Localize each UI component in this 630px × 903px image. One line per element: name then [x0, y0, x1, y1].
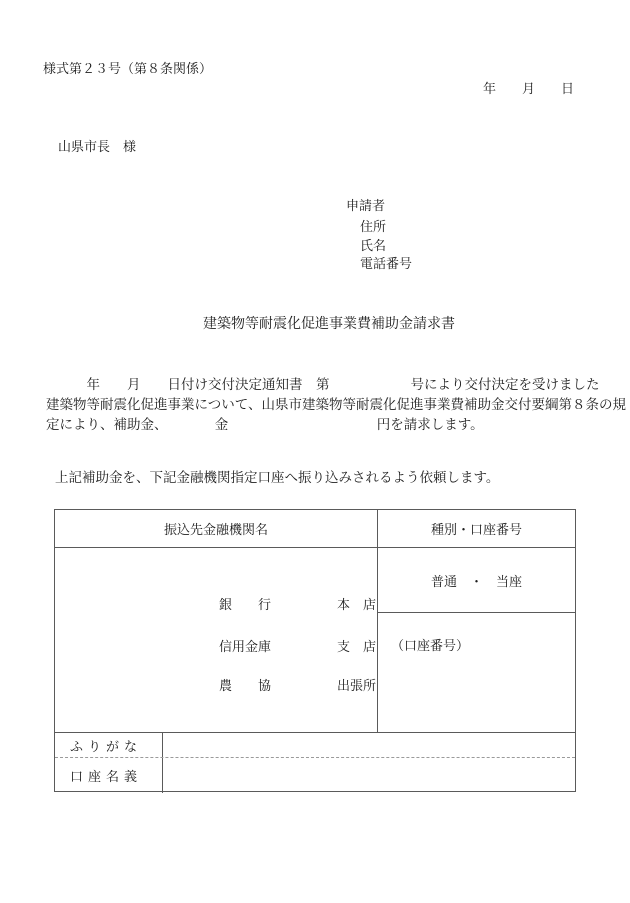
applicant-label: 申請者: [346, 198, 385, 213]
account-type-cell: 普通 ・ 当座: [378, 548, 575, 613]
branch-option-suboffice: 出張所: [337, 675, 376, 694]
paragraph-line-2: 建築物等耐震化促進事業について、山県市建築物等耐震化促進事業費補助金交付要綱第８…: [46, 397, 626, 413]
furigana-divider-dotted-line: [55, 757, 575, 758]
branch-option-head-office: 本 店: [337, 594, 376, 613]
applicant-field-name: 氏名: [360, 238, 386, 253]
page-title: 建築物等耐震化促進事業費補助金請求書: [203, 317, 455, 334]
branch-option-branch: 支 店: [337, 636, 376, 655]
request-line: 上記補助金を、下記金融機関指定口座へ振り込みされるよう依頼します。: [55, 470, 499, 486]
account-name-label: 口座名義: [55, 757, 163, 793]
bank-account-table: 振込先金融機関名 種別・口座番号 銀 行 本 店 信用金庫 支 店 農 協 出張…: [54, 509, 576, 792]
addressee: 山県市長 様: [58, 139, 136, 154]
table-header-bank: 振込先金融機関名: [55, 510, 378, 548]
form-number: 様式第２３号（第８条関係）: [43, 61, 212, 76]
furigana-label: ふりがな: [55, 733, 163, 757]
applicant-field-address: 住所: [360, 219, 386, 234]
bank-option-shinkin: 信用金庫: [219, 636, 271, 655]
bank-option-ja: 農 協: [219, 675, 271, 694]
paragraph-line-1: 年 月 日付け交付決定通知書 第 号により交付決定を受けました: [46, 377, 600, 393]
bank-option-bank: 銀 行: [219, 594, 271, 613]
bank-selection-cell: 銀 行 本 店 信用金庫 支 店 農 協 出張所: [55, 548, 378, 733]
account-number-cell: （口座番号）: [378, 613, 575, 733]
paragraph-line-3: 定により、補助金、 金 円を請求します。: [46, 417, 484, 433]
document-page: 様式第２３号（第８条関係） 年 月 日 山県市長 様 申請者 住所 氏名 電話番…: [0, 0, 630, 903]
applicant-field-phone: 電話番号: [360, 256, 412, 271]
table-header-account: 種別・口座番号: [378, 510, 575, 548]
date-line: 年 月 日: [483, 81, 574, 96]
furigana-blank-field: [163, 733, 575, 757]
account-name-blank-field: [163, 757, 575, 793]
